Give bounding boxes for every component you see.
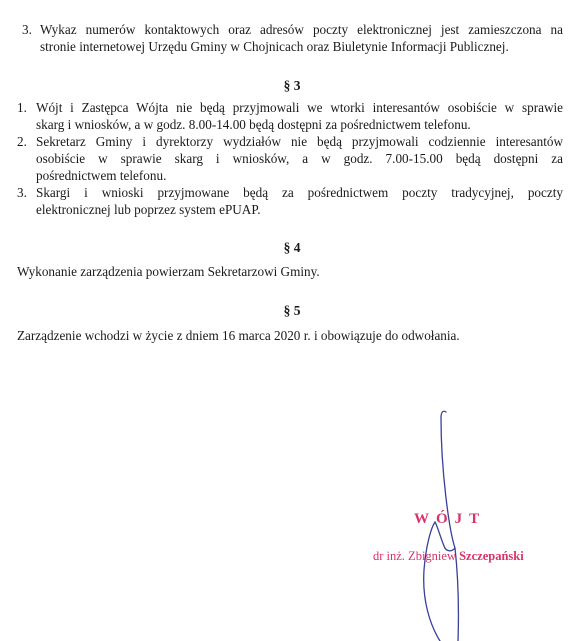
document-page: 3. Wykaz numerów kontaktowych oraz adres…	[0, 0, 584, 641]
paragraph-line: elektronicznej lub poprzez system ePUAP.	[36, 202, 261, 218]
section-heading-4: § 4	[0, 240, 584, 256]
list-number: 2.	[17, 134, 27, 150]
paragraph-line: skarg i wniosków, a w godz. 8.00-14.00 b…	[36, 117, 471, 133]
stamp-title: WÓJT	[414, 511, 486, 528]
paragraph-line: Skargi i wnioski przyjmowane będą za poś…	[36, 185, 563, 201]
signature-icon	[0, 0, 584, 641]
paragraph-line: osobiście w sprawie skarg i wniosków, a …	[36, 151, 563, 167]
list-number: 3.	[17, 185, 27, 201]
section-5-text: Zarządzenie wchodzi w życie z dniem 16 m…	[17, 328, 460, 344]
list-number: 1.	[17, 100, 27, 116]
stamp-name-prefix: dr inż. Zbigniew	[373, 549, 459, 563]
paragraph-line: stronie internetowej Urzędu Gminy w Choj…	[40, 39, 509, 55]
stamp-name: dr inż. Zbigniew Szczepański	[373, 549, 524, 564]
stamp-name-surname: Szczepański	[459, 549, 524, 563]
paragraph-line: Wójt i Zastępca Wójta nie będą przyjmowa…	[36, 100, 563, 116]
section-4-text: Wykonanie zarządzenia powierzam Sekretar…	[17, 264, 320, 280]
paragraph-line: Sekretarz Gminy i dyrektorzy wydziałów n…	[36, 134, 563, 150]
paragraph-line: Wykaz numerów kontaktowych oraz adresów …	[40, 22, 563, 38]
paragraph-line: pośrednictwem telefonu.	[36, 168, 166, 184]
section-heading-5: § 5	[0, 303, 584, 319]
section-heading-3: § 3	[0, 78, 584, 94]
list-number: 3.	[22, 22, 32, 38]
